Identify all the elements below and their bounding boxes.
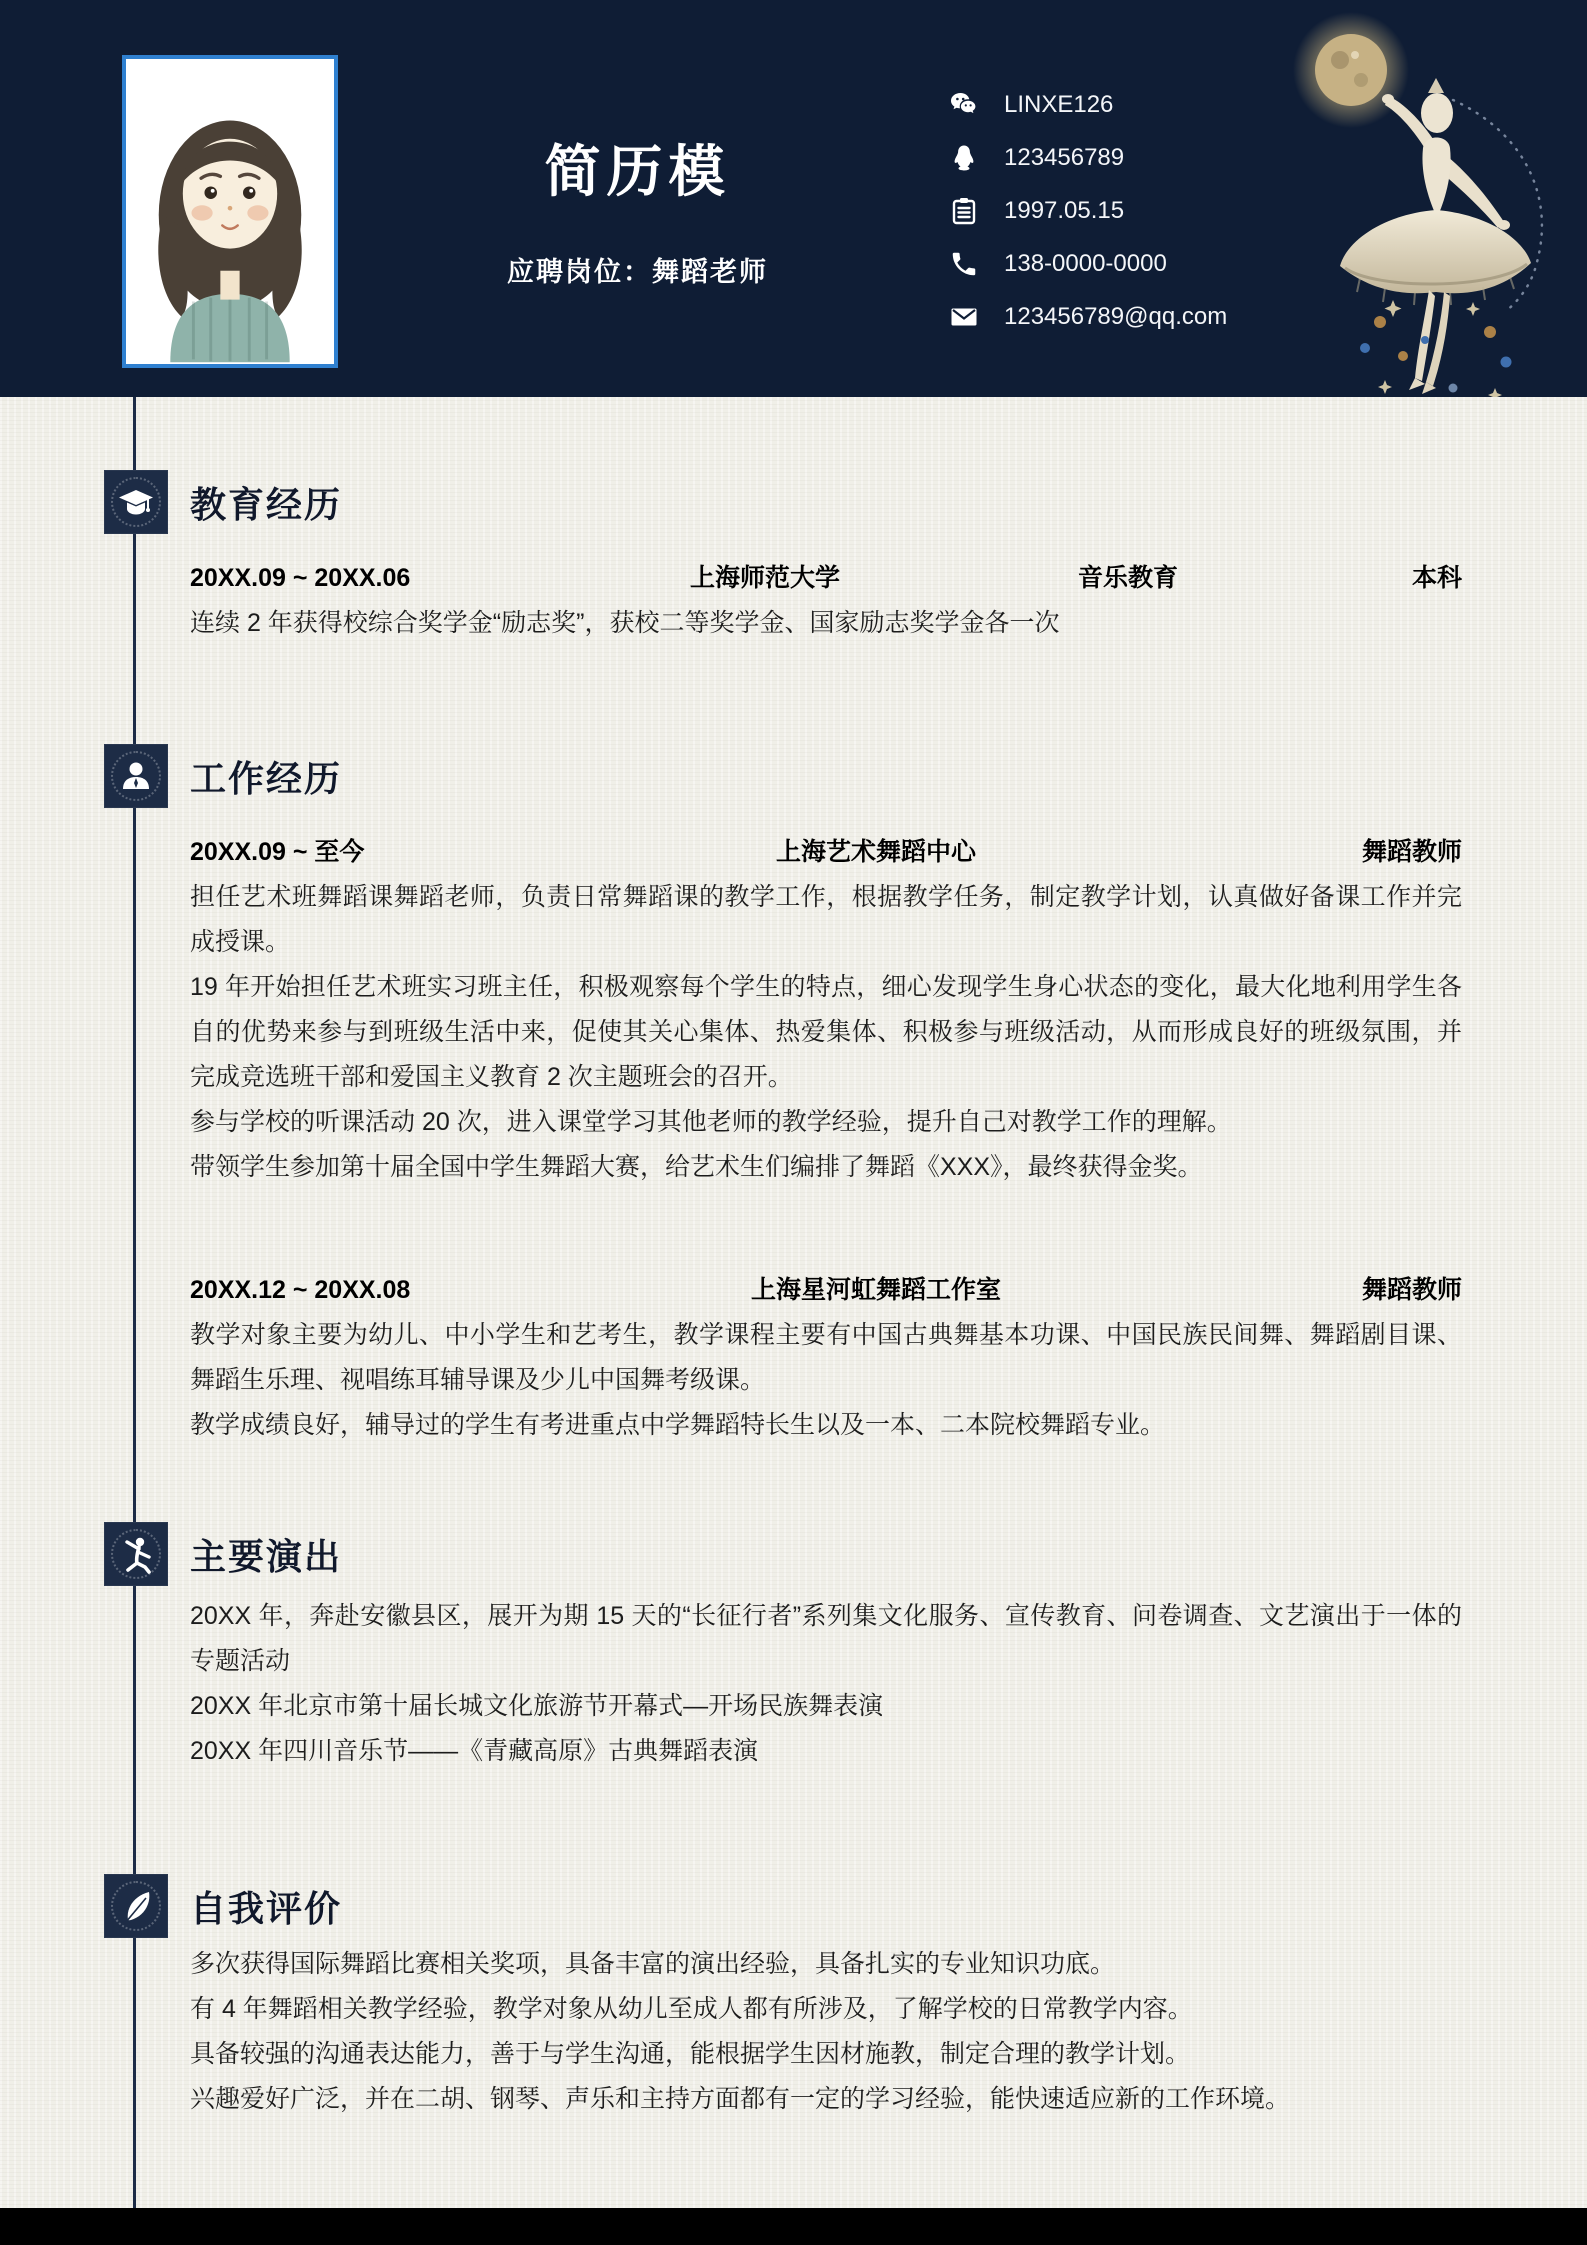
section-title: 主要演出 xyxy=(190,1529,342,1580)
job-details: 担任艺术班舞蹈课舞蹈老师，负责日常舞蹈课的教学工作，根据教学任务，制定教学计划，… xyxy=(190,875,1462,1190)
ballerina-illustration xyxy=(1285,0,1581,397)
job-detail: 参与学校的听课活动 20 次，进入课堂学习其他老师的教学经验，提升自己对教学工作… xyxy=(190,1100,1462,1145)
contact-row-phone: 138-0000-0000 xyxy=(948,237,1227,290)
avatar xyxy=(126,59,334,364)
contact-value: 123456789 xyxy=(1004,144,1124,172)
person-icon xyxy=(104,744,168,808)
section-title: 自我评价 xyxy=(190,1881,342,1932)
work-heading: 工作经历 xyxy=(190,744,1462,808)
contact-row-qq: 123456789 xyxy=(948,131,1227,184)
feather-icon xyxy=(104,1874,168,1938)
section-work: 工作经历 20XX.09 ~ 至今 上海艺术舞蹈中心 舞蹈教师 担任艺术班舞蹈课… xyxy=(190,744,1462,1448)
profile-photo xyxy=(122,55,338,368)
section-title: 工作经历 xyxy=(190,751,342,802)
job-company: 上海艺术舞蹈中心 xyxy=(490,830,1262,875)
job-role: 舞蹈教师 xyxy=(1262,830,1462,875)
evaluation-heading: 自我评价 xyxy=(190,1874,1462,1938)
resume-page: 简历模 应聘岗位：舞蹈老师 LINXE126 123456789 1997 xyxy=(0,0,1587,2245)
job-detail: 带领学生参加第十届全国中学生舞蹈大赛，给艺术生们编排了舞蹈《XXX》，最终获得金… xyxy=(190,1145,1462,1190)
section-performances: 主要演出 20XX 年，奔赴安徽县区，展开为期 15 天的“长征行者”系列集文化… xyxy=(190,1522,1462,1774)
birthday-icon xyxy=(948,195,980,227)
education-degree: 本科 xyxy=(1216,556,1462,601)
evaluation-item: 多次获得国际舞蹈比赛相关奖项，具备丰富的演出经验，具备扎实的专业知识功底。 xyxy=(190,1942,1462,1987)
evaluation-item: 有 4 年舞蹈相关教学经验，教学对象从幼儿至成人都有所涉及，了解学校的日常教学内… xyxy=(190,1987,1462,2032)
job-role: 舞蹈教师 xyxy=(1262,1268,1462,1313)
section-education: 教育经历 20XX.09 ~ 20XX.06 上海师范大学 音乐教育 本科 连续… xyxy=(190,470,1462,646)
education-description-text: 连续 2 年获得校综合奖学金“励志奖”，获校二等奖学金、国家励志奖学金各一次 xyxy=(190,601,1462,646)
contact-row-wechat: LINXE126 xyxy=(948,78,1227,131)
job-details: 教学对象主要为幼儿、中小学生和艺考生，教学课程主要有中国古典舞基本功课、中国民族… xyxy=(190,1313,1462,1448)
job-detail: 19 年开始担任艺术班实习班主任，积极观察每个学生的特点，细心发现学生身心状态的… xyxy=(190,965,1462,1100)
job-detail: 教学对象主要为幼儿、中小学生和艺考生，教学课程主要有中国古典舞基本功课、中国民族… xyxy=(190,1313,1462,1403)
performance-item: 20XX 年，奔赴安徽县区，展开为期 15 天的“长征行者”系列集文化服务、宣传… xyxy=(190,1594,1462,1684)
evaluation-item: 具备较强的沟通表达能力，善于与学生沟通，能根据学生因材施教，制定合理的教学计划。 xyxy=(190,2032,1462,2077)
contact-row-birthday: 1997.05.15 xyxy=(948,184,1227,237)
contact-value: LINXE126 xyxy=(1004,91,1113,119)
contact-value: 1997.05.15 xyxy=(1004,197,1124,225)
evaluation-list: 多次获得国际舞蹈比赛相关奖项，具备丰富的演出经验，具备扎实的专业知识功底。 有 … xyxy=(190,1942,1462,2122)
performances-heading: 主要演出 xyxy=(190,1522,1462,1586)
job-company: 上海星河虹舞蹈工作室 xyxy=(490,1268,1262,1313)
header-banner: 简历模 应聘岗位：舞蹈老师 LINXE126 123456789 1997 xyxy=(0,0,1587,397)
phone-icon xyxy=(948,248,980,280)
evaluation-item: 兴趣爱好广泛，并在二胡、钢琴、声乐和主持方面都有一定的学习经验，能快速适应新的工… xyxy=(190,2077,1462,2122)
resume-body: 教育经历 20XX.09 ~ 20XX.06 上海师范大学 音乐教育 本科 连续… xyxy=(190,397,1462,2122)
contact-row-email: 123456789@qq.com xyxy=(948,290,1227,343)
email-icon xyxy=(948,301,980,333)
job-detail: 担任艺术班舞蹈课舞蹈老师，负责日常舞蹈课的教学工作，根据教学任务，制定教学计划，… xyxy=(190,875,1462,965)
performance-list: 20XX 年，奔赴安徽县区，展开为期 15 天的“长征行者”系列集文化服务、宣传… xyxy=(190,1594,1462,1774)
job-detail: 教学成绩良好，辅导过的学生有考进重点中学舞蹈特长生以及一本、二本院校舞蹈专业。 xyxy=(190,1403,1462,1448)
title-block: 简历模 应聘岗位：舞蹈老师 xyxy=(455,128,820,289)
education-entry-row: 20XX.09 ~ 20XX.06 上海师范大学 音乐教育 本科 xyxy=(190,556,1462,601)
applied-position: 应聘岗位：舞蹈老师 xyxy=(455,250,820,289)
job-period: 20XX.12 ~ 20XX.08 xyxy=(190,1268,490,1313)
section-title: 教育经历 xyxy=(190,477,342,528)
contact-value: 138-0000-0000 xyxy=(1004,250,1167,278)
education-description: 连续 2 年获得校综合奖学金“励志奖”，获校二等奖学金、国家励志奖学金各一次 xyxy=(190,601,1462,646)
wechat-icon xyxy=(948,89,980,121)
resume-name: 简历模 xyxy=(455,128,820,208)
footer-bar xyxy=(0,2208,1587,2245)
dancer-icon xyxy=(104,1522,168,1586)
contact-value: 123456789@qq.com xyxy=(1004,303,1227,331)
education-major: 音乐教育 xyxy=(1040,556,1216,601)
performance-item: 20XX 年北京市第十届长城文化旅游节开幕式—开场民族舞表演 xyxy=(190,1684,1462,1729)
section-self-evaluation: 自我评价 多次获得国际舞蹈比赛相关奖项，具备丰富的演出经验，具备扎实的专业知识功… xyxy=(190,1874,1462,2122)
job-entry-row: 20XX.09 ~ 至今 上海艺术舞蹈中心 舞蹈教师 xyxy=(190,830,1462,875)
education-period: 20XX.09 ~ 20XX.06 xyxy=(190,556,490,601)
graduation-cap-icon xyxy=(104,470,168,534)
performance-item: 20XX 年四川音乐节——《青藏高原》古典舞蹈表演 xyxy=(190,1729,1462,1774)
qq-icon xyxy=(948,142,980,174)
education-heading: 教育经历 xyxy=(190,470,1462,534)
contact-list: LINXE126 123456789 1997.05.15 138-0000-0… xyxy=(948,78,1227,343)
education-school: 上海师范大学 xyxy=(490,556,1040,601)
job-period: 20XX.09 ~ 至今 xyxy=(190,830,490,875)
job-entry-row: 20XX.12 ~ 20XX.08 上海星河虹舞蹈工作室 舞蹈教师 xyxy=(190,1268,1462,1313)
